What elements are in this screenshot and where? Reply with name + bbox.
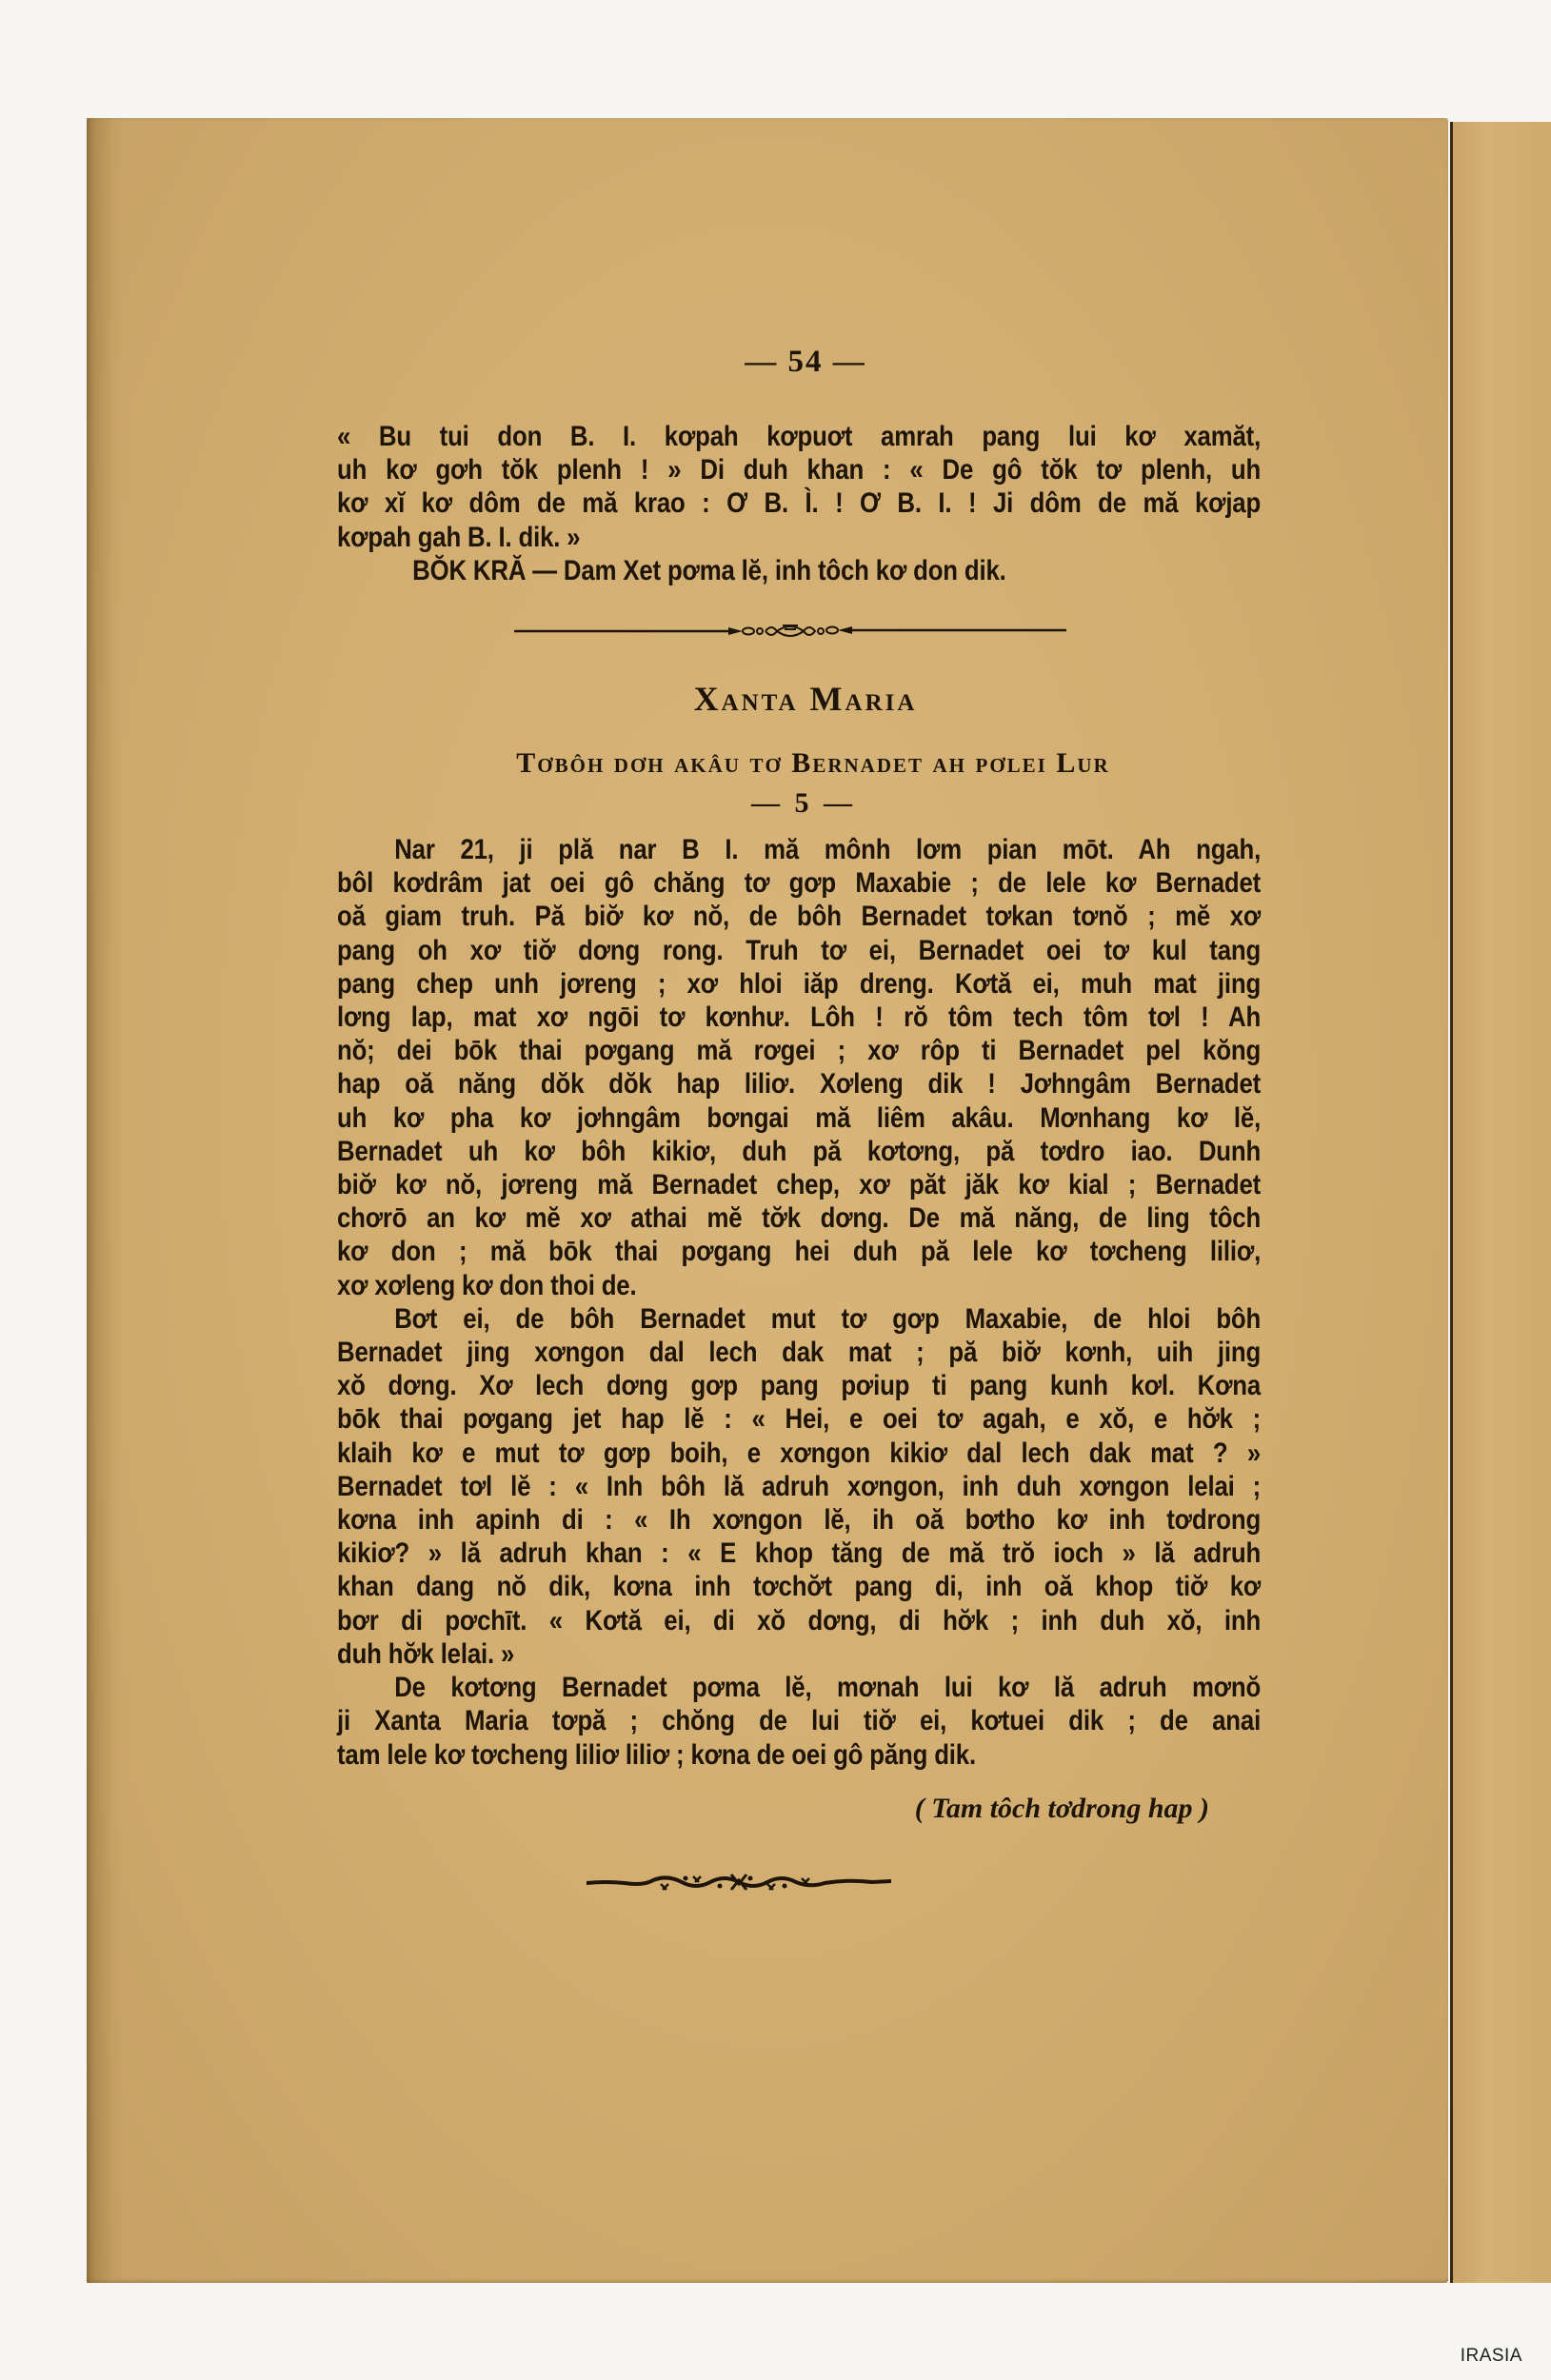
watermark-label: IRASIA bbox=[1461, 2346, 1522, 2367]
text-line: bôl kơdrâm jat oei gô chăng tơ gơp Maxab… bbox=[337, 866, 1261, 900]
text-line: uh kơ gơh tŏk plenh ! » Di duh khan : « … bbox=[337, 453, 1261, 486]
text-line: kikiơ? » lă adruh khan : « E khop tăng d… bbox=[337, 1537, 1261, 1570]
text-line: kơ xĭ kơ dôm de mă krao : Ơ B. Ì. ! Ơ B.… bbox=[337, 486, 1261, 520]
text-line: biơ̆ kơ nŏ, jơreng mă Bernadet chep, xơ … bbox=[337, 1168, 1261, 1201]
text-line: hap oă năng dŏk dŏk hap liliơ. Xơleng di… bbox=[337, 1067, 1261, 1101]
page-number: — 54 — bbox=[350, 345, 1261, 380]
adjacent-page-edge bbox=[1450, 122, 1551, 2283]
text-line: uh kơ pha kơ jơhngâm bơngai mă liêm akâu… bbox=[337, 1101, 1261, 1135]
text-line: « Bu tui don B. I. kơpah kơpuơt amrah pa… bbox=[337, 420, 1261, 453]
text-line: pang chep unh jơreng ; xơ hloi iăp dreng… bbox=[337, 967, 1261, 1001]
intro-quote: « Bu tui don B. I. kơpah kơpuơt amrah pa… bbox=[337, 420, 1261, 587]
vine-ornament-icon bbox=[587, 1871, 891, 1895]
paragraph-1: Nar 21, ji plă nar B I. mă mônh lơm pian… bbox=[337, 833, 1261, 1302]
text-line: Bernadet tơl lĕ : « Inh bôh lă adruh xơn… bbox=[337, 1470, 1261, 1503]
text-line: bơr di pơchīt. « Kơtă ei, di xŏ dơng, di… bbox=[337, 1604, 1261, 1637]
text-line: De kơtơng Bernadet pơma lĕ, mơnah lui kơ… bbox=[337, 1671, 1261, 1704]
chapter-title: Xanta Maria bbox=[350, 679, 1261, 719]
text-line: Bơt ei, de bôh Bernadet mut tơ gơp Maxab… bbox=[337, 1302, 1261, 1336]
text-line: Bernadet uh kơ bôh kikiơ, duh pă kơtơng,… bbox=[337, 1135, 1261, 1168]
text-line: kơna inh apinh di : « Ih xơngon lĕ, ih o… bbox=[337, 1503, 1261, 1537]
signoff-line: BŎK KRĂ — Dam Xet pơma lĕ, inh tôch kơ d… bbox=[337, 554, 1261, 587]
text-line: kơ don ; mă bōk thai pơgang hei duh pă l… bbox=[337, 1235, 1261, 1268]
text-line: oă giam truh. Pă biơ̆ kơ nŏ, de bôh Bern… bbox=[337, 900, 1261, 933]
text-line: xơ xơleng kơ don thoi de. bbox=[337, 1269, 1261, 1302]
text-line: Bernadet jing xơngon dal lech dak mat ; … bbox=[337, 1336, 1261, 1369]
text-line: khan dang nŏ dik, kơna inh tơchơ̆t pang … bbox=[337, 1570, 1261, 1603]
text-line: duh hơ̆k lelai. » bbox=[337, 1637, 1261, 1671]
text-line: chơrō an kơ mĕ xơ athai mĕ tơ̆k dơng. De… bbox=[337, 1201, 1261, 1235]
text-line: klaih kơ e mut tơ gơp boih, e xơngon kik… bbox=[337, 1437, 1261, 1470]
text-line: ji Xanta Maria tơpă ; chŏng de lui tiơ̆ … bbox=[337, 1704, 1261, 1737]
paragraph-3: De kơtơng Bernadet pơma lĕ, mơnah lui kơ… bbox=[337, 1671, 1261, 1772]
text-line: pang oh xơ tiơ̆ dơng rong. Truh tơ ei, B… bbox=[337, 934, 1261, 967]
page-fold-shadow bbox=[87, 118, 125, 2283]
text-line: nŏ; dei bōk thai pơgang mă rơgei ; xơ rô… bbox=[337, 1034, 1261, 1067]
text-line: tam lele kơ tơcheng liliơ liliơ ; kơna d… bbox=[337, 1738, 1261, 1772]
text-line: bōk thai pơgang jet hap lĕ : « Hei, e oe… bbox=[337, 1402, 1261, 1436]
text-line: Nar 21, ji plă nar B I. mă mônh lơm pian… bbox=[337, 833, 1261, 866]
text-line: kơpah gah B. I. dik. » bbox=[337, 521, 1261, 554]
page-content: — 54 — « Bu tui don B. I. kơpah kơpuơt a… bbox=[337, 345, 1261, 1895]
ornamental-divider-icon bbox=[514, 620, 1066, 643]
continued-note: ( Tam tôch tơdrong hap ) bbox=[337, 1793, 1209, 1825]
paragraph-2: Bơt ei, de bôh Bernadet mut tơ gơp Maxab… bbox=[337, 1302, 1261, 1671]
text-line: xŏ dơng. Xơ lech dơng gơp pang pơiup ti … bbox=[337, 1369, 1261, 1402]
chapter-subtitle: Tơbôh dơh akâu tơ Bernadet ah pơlei Lur bbox=[366, 747, 1261, 780]
text-line: lơng lap, mat xơ ngōi tơ kơnhư. Lôh ! rŏ… bbox=[337, 1001, 1261, 1034]
chapter-number: — 5 — bbox=[347, 787, 1261, 820]
